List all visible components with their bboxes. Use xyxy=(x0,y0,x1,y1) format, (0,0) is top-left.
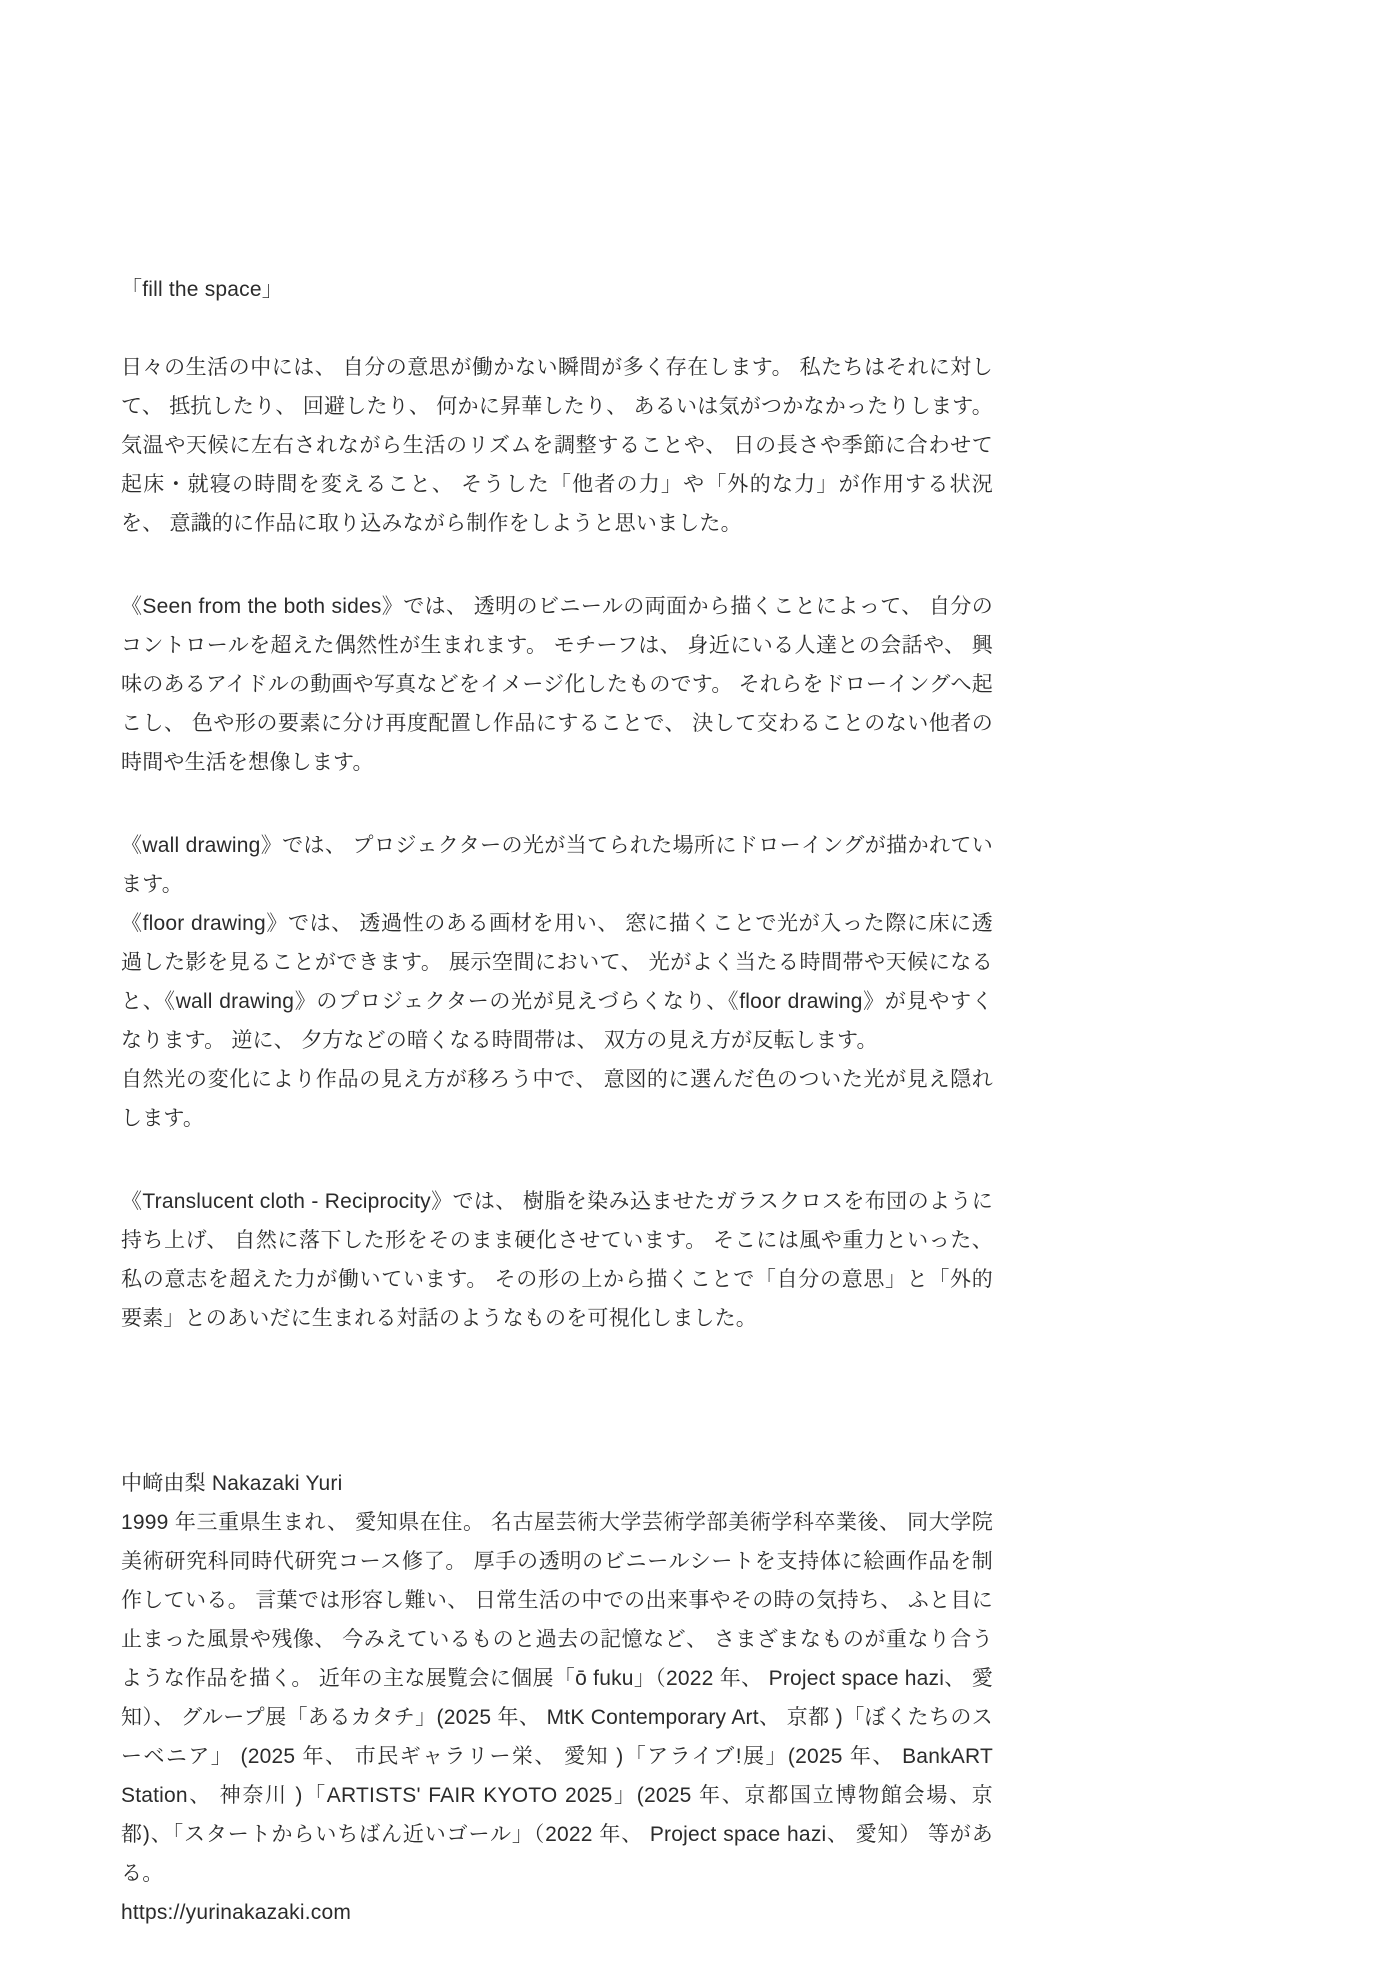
statement-paragraph-translucent-cloth: 《Translucent cloth - Reciprocity》では、 樹脂を… xyxy=(121,1182,993,1338)
artist-bio-text: 1999 年三重県生まれ、 愛知県在住。 名古屋芸術大学芸術学部美術学科卒業後、… xyxy=(121,1503,993,1893)
artist-name: 中﨑由梨 Nakazaki Yuri xyxy=(121,1464,993,1503)
statement-paragraph-intro: 日々の生活の中には、 自分の意思が働かない瞬間が多く存在します。 私たちはそれに… xyxy=(121,348,993,543)
document-page: 「fill the space」 日々の生活の中には、 自分の意思が働かない瞬間… xyxy=(0,0,1400,1981)
document-title: 「fill the space」 xyxy=(121,270,993,309)
artist-website-url[interactable]: https://yurinakazaki.com xyxy=(121,1893,993,1932)
statement-paragraph-seen-from-both-sides: 《Seen from the both sides》では、 透明のビニールの両面… xyxy=(121,587,993,782)
statement-paragraph-wall-floor-drawing: 《wall drawing》では、 プロジェクターの光が当てられた場所にドローイ… xyxy=(121,826,993,1138)
artist-bio-section: 中﨑由梨 Nakazaki Yuri 1999 年三重県生まれ、 愛知県在住。 … xyxy=(121,1464,993,1932)
statement-content: 「fill the space」 日々の生活の中には、 自分の意思が働かない瞬間… xyxy=(121,270,993,1932)
